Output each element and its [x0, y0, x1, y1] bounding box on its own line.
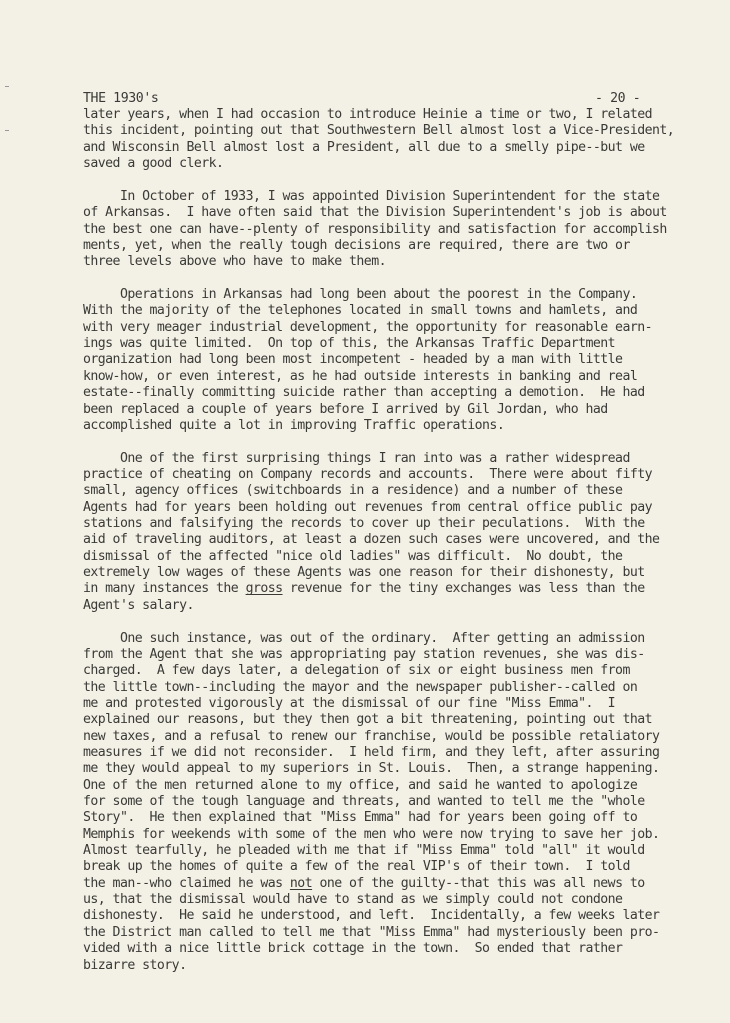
document-body: later years, when I had occasion to intr…	[83, 107, 728, 990]
text-line: With the majority of the telephones loca…	[83, 303, 728, 319]
text-line: saved a good clerk.	[83, 156, 728, 172]
text-line: with very meager industrial development,…	[83, 320, 728, 336]
paragraph: One such instance, was out of the ordina…	[83, 631, 728, 974]
text-line: accomplished quite a lot in improving Tr…	[83, 418, 728, 434]
text-line: Almost tearfully, he pleaded with me tha…	[83, 843, 728, 859]
text-line: stations and falsifying the records to c…	[83, 516, 728, 532]
text-line: Story". He then explained that "Miss Emm…	[83, 810, 728, 826]
text-line: and Wisconsin Bell almost lost a Preside…	[83, 140, 728, 156]
underlined-word: not	[290, 876, 312, 891]
text-line: the man--who claimed he was not one of t…	[83, 876, 728, 892]
text-line: practice of cheating on Company records …	[83, 467, 728, 483]
text-line: me and protested vigorously at the dismi…	[83, 696, 728, 712]
document-page: THE 1930's - 20 - later years, when I ha…	[0, 0, 730, 1023]
text-line: Agent's salary.	[83, 598, 728, 614]
paragraph: later years, when I had occasion to intr…	[83, 107, 728, 172]
text-line: extremely low wages of these Agents was …	[83, 565, 728, 581]
text-line: three levels above who have to make them…	[83, 254, 728, 270]
text-line: measures if we did not reconsider. I hel…	[83, 745, 728, 761]
text-line: ments, yet, when the really tough decisi…	[83, 238, 728, 254]
text-line: One of the men returned alone to my offi…	[83, 778, 728, 794]
text-line: the little town--including the mayor and…	[83, 680, 728, 696]
page-number: - 20 -	[595, 91, 640, 107]
text-line: of Arkansas. I have often said that the …	[83, 205, 728, 221]
text-line: dismissal of the affected "nice old ladi…	[83, 549, 728, 565]
text-line: from the Agent that she was appropriatin…	[83, 647, 728, 663]
text-line: One of the first surprising things I ran…	[83, 451, 728, 467]
text-line: Agents had for years been holding out re…	[83, 500, 728, 516]
text-line: Memphis for weekends with some of the me…	[83, 827, 728, 843]
text-line: aid of traveling auditors, at least a do…	[83, 532, 728, 548]
text-line: this incident, pointing out that Southwe…	[83, 123, 728, 139]
text-line: later years, when I had occasion to intr…	[83, 107, 728, 123]
text-line: estate--finally committing suicide rathe…	[83, 385, 728, 401]
text-line: me they would appeal to my superiors in …	[83, 761, 728, 777]
text-line: One such instance, was out of the ordina…	[83, 631, 728, 647]
text-line: Operations in Arkansas had long been abo…	[83, 287, 728, 303]
text-line: in many instances the gross revenue for …	[83, 581, 728, 597]
text-line: explained our reasons, but they then got…	[83, 712, 728, 728]
text-line: know-how, or even interest, as he had ou…	[83, 369, 728, 385]
underlined-word: gross	[246, 581, 283, 596]
text-line: us, that the dismissal would have to sta…	[83, 892, 728, 908]
text-line: for some of the tough language and threa…	[83, 794, 728, 810]
text-line: organization had long been most incompet…	[83, 352, 728, 368]
margin-mark	[5, 86, 9, 87]
chapter-title: THE 1930's	[83, 91, 158, 107]
text-line: In October of 1933, I was appointed Divi…	[83, 189, 728, 205]
text-line: charged. A few days later, a delegation …	[83, 663, 728, 679]
paragraph: In October of 1933, I was appointed Divi…	[83, 189, 728, 271]
text-line: the District man called to tell me that …	[83, 925, 728, 941]
text-line: bizarre story.	[83, 958, 728, 974]
text-line: the best one can have--plenty of respons…	[83, 222, 728, 238]
text-line: break up the homes of quite a few of the…	[83, 859, 728, 875]
text-line: new taxes, and a refusal to renew our fr…	[83, 729, 728, 745]
text-line: been replaced a couple of years before I…	[83, 402, 728, 418]
text-line: ings was quite limited. On top of this, …	[83, 336, 728, 352]
paragraph: Operations in Arkansas had long been abo…	[83, 287, 728, 434]
paragraph: One of the first surprising things I ran…	[83, 451, 728, 614]
text-line: vided with a nice little brick cottage i…	[83, 941, 728, 957]
text-line: small, agency offices (switchboards in a…	[83, 483, 728, 499]
margin-mark	[5, 130, 9, 131]
text-line: dishonesty. He said he understood, and l…	[83, 908, 728, 924]
